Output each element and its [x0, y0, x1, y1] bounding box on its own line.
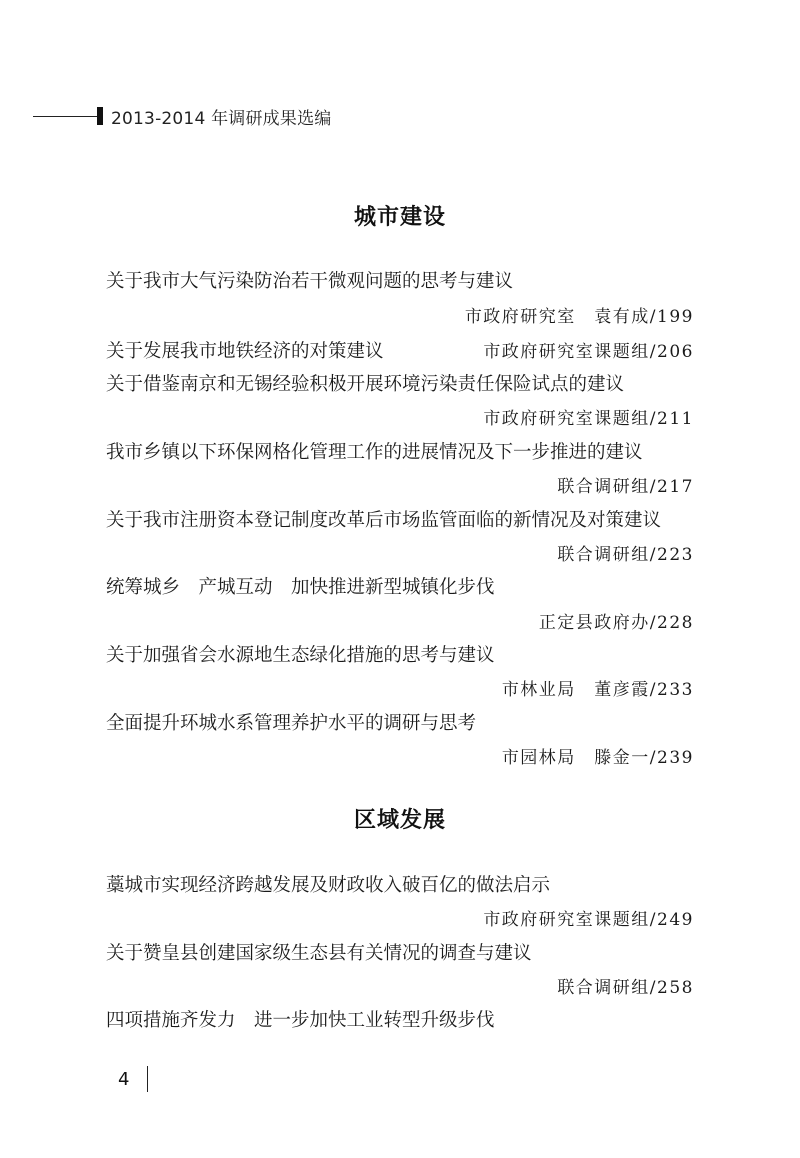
toc-entry-author: 联合调研组/223: [557, 542, 694, 568]
header-rule: [33, 116, 97, 117]
toc-entry-title: 统筹城乡 产城互动 加快推进新型城镇化步伐: [106, 575, 694, 601]
toc-entry-title: 四项措施齐发力 进一步加快工业转型升级步伐: [106, 1008, 694, 1034]
toc-entry-title: 全面提升环城水系管理养护水平的调研与思考: [106, 711, 694, 737]
toc-entry-author: 正定县政府办/228: [539, 610, 694, 636]
section-heading-urban-construction: 城市建设: [0, 200, 800, 231]
toc-entry-title: 关于加强省会水源地生态绿化措施的思考与建议: [106, 643, 694, 669]
book-title: 2013-2014 年调研成果选编: [111, 104, 331, 129]
toc-entry: 关于发展我市地铁经济的对策建议 市政府研究室课题组/206: [106, 339, 694, 365]
toc-entry-author: 市政府研究室课题组/249: [483, 907, 694, 933]
page-number: 4: [118, 1069, 129, 1090]
toc-entry-title: 我市乡镇以下环保网格化管理工作的进展情况及下一步推进的建议: [106, 440, 694, 466]
toc-entry-author: 市林业局 董彦霞/233: [502, 677, 694, 703]
toc-entry-author: 市政府研究室课题组/211: [483, 406, 694, 432]
footer-rule: [147, 1066, 148, 1092]
toc-entry-title: 关于我市大气污染防治若干微观问题的思考与建议: [106, 269, 694, 295]
running-header: 2013-2014 年调研成果选编: [33, 104, 331, 128]
toc-entry-author: 联合调研组/258: [557, 975, 694, 1001]
header-block-marker: [97, 107, 103, 125]
toc-entry-author: 市政府研究室 袁有成/199: [465, 304, 694, 330]
toc-entry-title: 关于赞皇县创建国家级生态县有关情况的调查与建议: [106, 941, 694, 967]
toc-entry-author: 市园林局 滕金一/239: [502, 745, 694, 771]
page-footer: 4: [118, 1066, 148, 1092]
toc-entry-title: 关于我市注册资本登记制度改革后市场监管面临的新情况及对策建议: [106, 508, 694, 534]
toc-entry-title: 关于发展我市地铁经济的对策建议: [106, 341, 384, 362]
toc-entry-author: 市政府研究室课题组/206: [483, 339, 694, 365]
toc-entry-author: 联合调研组/217: [557, 474, 694, 500]
toc-entry-title: 关于借鉴南京和无锡经验积极开展环境污染责任保险试点的建议: [106, 372, 694, 398]
section-heading-regional-development: 区域发展: [0, 803, 800, 834]
toc-entry-title: 藁城市实现经济跨越发展及财政收入破百亿的做法启示: [106, 873, 694, 899]
